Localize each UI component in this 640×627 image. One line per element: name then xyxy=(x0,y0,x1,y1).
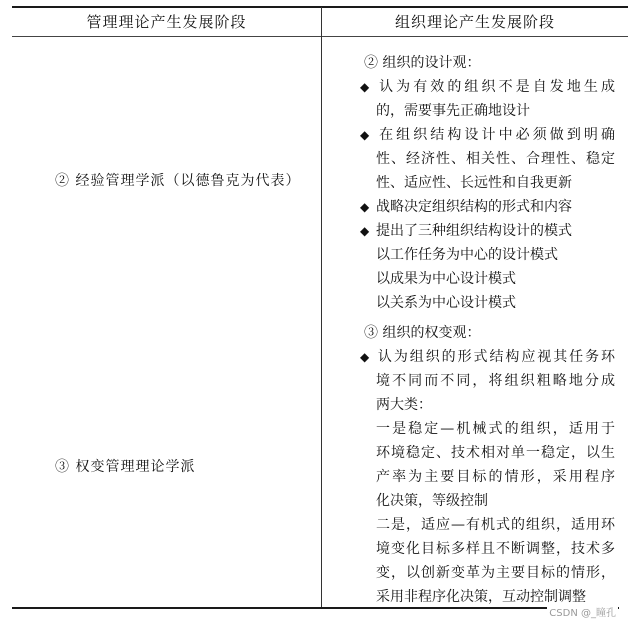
cell-heading: ② 组织的设计观： xyxy=(360,51,615,75)
line-text: 认为组织的形式结构应视其任务环 xyxy=(376,349,615,365)
line-text: 以成果为中心设计模式 xyxy=(376,271,516,287)
line-text: 以工作任务为中心的设计模式 xyxy=(376,247,558,263)
continuation-line: 以关系为中心设计模式 xyxy=(360,291,615,315)
watermark: CSDN @_瞳孔 xyxy=(547,604,618,619)
line-text: 以关系为中心设计模式 xyxy=(376,295,516,311)
continuation-line: 二是，适应—有机式的组织，适用环 xyxy=(360,513,615,537)
line-text: 认为有效的组织不是自发地生成 xyxy=(376,79,615,95)
line-text: 战略决定组织结构的形式和内容 xyxy=(376,199,572,215)
bullet-point: ◆认为组织的形式结构应视其任务环 xyxy=(360,345,615,369)
continuation-line: 一是稳定—机械式的组织，适用于 xyxy=(360,417,615,441)
continuation-line: 化决策，等级控制 xyxy=(360,489,615,513)
diamond-bullet-icon: ◆ xyxy=(360,195,376,219)
row-label-empirical-school: ② 经验管理学派（以德鲁克为代表） xyxy=(55,170,300,190)
contingency-view-cell: ③ 组织的权变观：◆认为组织的形式结构应视其任务环境不同而不同，将组织粗略地分成… xyxy=(360,321,615,609)
line-text: 二是，适应—有机式的组织，适用环 xyxy=(376,517,615,533)
cell-heading: ③ 组织的权变观： xyxy=(360,321,615,345)
bullet-point: ◆认为有效的组织不是自发地生成 xyxy=(360,75,615,99)
line-text: 性、适应性、长远性和自我更新 xyxy=(376,175,572,191)
bullet-point: ◆在组织结构设计中必须做到明确 xyxy=(360,123,615,147)
continuation-line: 的，需要事先正确地设计 xyxy=(360,99,615,123)
continuation-line: 性、适应性、长远性和自我更新 xyxy=(360,171,615,195)
table-top-border xyxy=(12,6,628,8)
line-text: 性、经济性、相关性、合理性、稳定 xyxy=(376,151,615,167)
line-text: 提出了三种组织结构设计的模式 xyxy=(376,223,572,239)
line-text: 化决策，等级控制 xyxy=(376,493,488,509)
line-text: 境变化目标多样且不断调整，技术多 xyxy=(376,541,615,557)
diamond-bullet-icon: ◆ xyxy=(360,345,376,369)
line-text: 产率为主要目标的情形，采用程序 xyxy=(376,469,615,485)
line-text: 采用非程序化决策，互动控制调整 xyxy=(376,589,586,605)
header-organization-theory-stage: 组织理论产生发展阶段 xyxy=(322,9,628,35)
continuation-line: 境变化目标多样且不断调整，技术多 xyxy=(360,537,615,561)
line-text: 环境稳定、技术相对单一稳定，以生 xyxy=(376,445,615,461)
bullet-point: ◆战略决定组织结构的形式和内容 xyxy=(360,195,615,219)
continuation-line: 变，以创新变革为主要目标的情形， xyxy=(360,561,615,585)
table-column-divider xyxy=(321,7,322,608)
diamond-bullet-icon: ◆ xyxy=(360,123,376,147)
diamond-bullet-icon: ◆ xyxy=(360,75,376,99)
line-text: 一是稳定—机械式的组织，适用于 xyxy=(376,421,615,437)
line-text: 两大类： xyxy=(376,397,432,413)
continuation-line: 以成果为中心设计模式 xyxy=(360,267,615,291)
line-text: 变，以创新变革为主要目标的情形， xyxy=(376,565,615,581)
continuation-line: 以工作任务为中心的设计模式 xyxy=(360,243,615,267)
diamond-bullet-icon: ◆ xyxy=(360,219,376,243)
continuation-line: 境不同而不同，将组织粗略地分成 xyxy=(360,369,615,393)
line-text: 在组织结构设计中必须做到明确 xyxy=(376,127,615,143)
line-text: 境不同而不同，将组织粗略地分成 xyxy=(376,373,615,389)
design-view-cell: ② 组织的设计观：◆认为有效的组织不是自发地生成的，需要事先正确地设计◆在组织结… xyxy=(360,51,615,315)
line-text: 的，需要事先正确地设计 xyxy=(376,103,530,119)
continuation-line: 性、经济性、相关性、合理性、稳定 xyxy=(360,147,615,171)
continuation-line: 产率为主要目标的情形，采用程序 xyxy=(360,465,615,489)
bullet-point: ◆提出了三种组织结构设计的模式 xyxy=(360,219,615,243)
header-management-theory-stage: 管理理论产生发展阶段 xyxy=(12,9,321,35)
table-header-divider xyxy=(12,36,628,37)
continuation-line: 环境稳定、技术相对单一稳定，以生 xyxy=(360,441,615,465)
row-label-contingency-school: ③ 权变管理理论学派 xyxy=(55,456,195,476)
continuation-line: 两大类： xyxy=(360,393,615,417)
